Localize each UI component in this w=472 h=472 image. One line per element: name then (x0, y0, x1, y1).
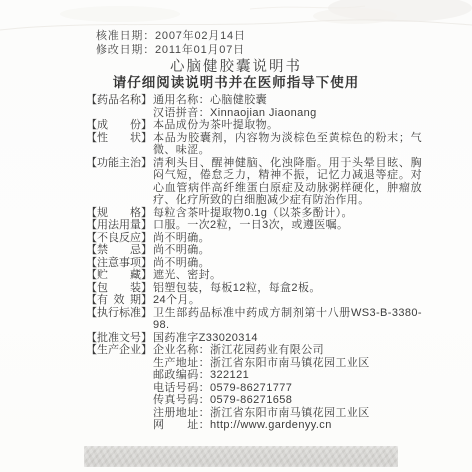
entry-label-text: 禁忌 (97, 244, 141, 257)
postal-code-line: 邮政编码：322121 (153, 369, 422, 382)
entry-label-text: 不良反应 (97, 232, 141, 245)
entry-content: 24个月。 (153, 294, 422, 307)
entry-label: 【贮藏】 (86, 269, 153, 282)
phone-number-line: 电话号码：0579-86271777 (153, 382, 422, 395)
entry-manufacturer: 【生产企业】 企业名称：浙江花园药业有限公司 生产地址：浙江省东阳市南马镇花园工… (86, 344, 422, 432)
photo-shadow-band (84, 446, 398, 467)
right-bracket: 】 (141, 157, 152, 169)
entry-label-text: 注意事项 (97, 257, 141, 270)
entry-contraindications: 【禁忌】 尚不明确。 (86, 244, 422, 257)
entry-standard: 【执行标准】 卫生部药品标准中药成方制剂第十八册WS3-B-3380-98. (86, 307, 422, 332)
left-bracket: 【 (86, 132, 97, 144)
generic-name-line: 通用名称：心脑健胶囊 (153, 94, 422, 107)
paper-background: 核准日期：2007年02月14日 修改日期：2011年01月07日 心脑健胶囊说… (0, 0, 472, 472)
entries-list: 【药品名称】 通用名称：心脑健胶囊 汉语拼音：Xinnaojian Jiaona… (86, 94, 422, 432)
left-bracket: 【 (86, 344, 97, 356)
entry-content: 企业名称：浙江花园药业有限公司 生产地址：浙江省东阳市南马镇花园工业区 邮政编码… (153, 344, 422, 432)
entry-label: 【执行标准】 (86, 307, 153, 332)
entry-label-text: 批准文号 (97, 332, 141, 345)
entry-label-text: 有效期 (97, 294, 141, 307)
right-bracket: 】 (141, 207, 152, 219)
entry-content: 遮光、密封。 (153, 269, 422, 282)
entry-label: 【包装】 (86, 282, 153, 295)
right-bracket: 】 (141, 294, 152, 306)
entry-precautions: 【注意事项】 尚不明确。 (86, 257, 422, 270)
right-bracket: 】 (141, 244, 152, 256)
entry-label: 【生产企业】 (86, 344, 153, 432)
left-bracket: 【 (86, 119, 97, 131)
entry-label-text: 规格 (97, 207, 141, 220)
entry-label: 【用法用量】 (86, 219, 153, 232)
entry-content: 清利头目、醒神健脑、化浊降脂。用于头晕目眩、胸闷气短，倦怠乏力，精神不振，记忆力… (153, 157, 422, 207)
left-bracket: 【 (86, 332, 97, 344)
entry-label-text: 用法用量 (97, 219, 141, 232)
entry-storage: 【贮藏】 遮光、密封。 (86, 269, 422, 282)
entry-label-text: 成份 (97, 119, 141, 132)
entry-specification: 【规格】 每粒含茶叶提取物0.1g（以茶多酚计）。 (86, 207, 422, 220)
entry-usage-dosage: 【用法用量】 口服。一次2粒，一日3次，或遵医嘱。 (86, 219, 422, 232)
fax-number-line: 传真号码：0579-86271658 (153, 394, 422, 407)
entry-content: 卫生部药品标准中药成方制剂第十八册WS3-B-3380-98. (153, 307, 422, 332)
revision-date-line: 修改日期：2011年01月07日 (96, 43, 472, 57)
entry-label: 【注意事项】 (86, 257, 153, 270)
entry-content: 本品为胶囊剂，内容物为淡棕色至黄棕色的粉末；气微、味涩。 (153, 132, 422, 157)
entry-label: 【性状】 (86, 132, 153, 157)
right-bracket: 】 (141, 332, 152, 344)
right-bracket: 】 (141, 257, 152, 269)
entry-approval-number: 【批准文号】 国药准字Z33020314 (86, 332, 422, 345)
entry-label: 【药品名称】 (86, 94, 153, 119)
left-bracket: 【 (86, 257, 97, 269)
left-bracket: 【 (86, 282, 97, 294)
right-bracket: 】 (141, 307, 152, 319)
entry-label: 【规格】 (86, 207, 153, 220)
entry-label-text: 性状 (97, 132, 141, 145)
entry-content: 铝塑包装，每板12粒，每盒2板。 (153, 282, 422, 295)
right-bracket: 】 (141, 94, 152, 106)
production-address-line: 生产地址：浙江省东阳市南马镇花园工业区 (153, 357, 422, 370)
entry-content: 尚不明确。 (153, 232, 422, 245)
entry-label: 【成份】 (86, 119, 153, 132)
entry-label-text: 药品名称 (97, 94, 141, 107)
entry-composition: 【成份】 本品成份为茶叶提取物。 (86, 119, 422, 132)
left-bracket: 【 (86, 244, 97, 256)
left-bracket: 【 (86, 207, 97, 219)
left-bracket: 【 (86, 307, 97, 319)
entry-drug-name: 【药品名称】 通用名称：心脑健胶囊 汉语拼音：Xinnaojian Jiaona… (86, 94, 422, 119)
entry-content: 口服。一次2粒，一日3次，或遵医嘱。 (153, 219, 422, 232)
entry-label-text: 执行标准 (97, 307, 141, 320)
leaflet-title: 心脑健胶囊说明书 (0, 59, 472, 75)
entry-adverse-reactions: 【不良反应】 尚不明确。 (86, 232, 422, 245)
right-bracket: 】 (141, 269, 152, 281)
entry-label-text: 包装 (97, 282, 141, 295)
entry-content: 本品成份为茶叶提取物。 (153, 119, 422, 132)
leaflet-notice: 请仔细阅读说明书并在医师指导下使用 (0, 75, 472, 90)
entry-label: 【禁忌】 (86, 244, 153, 257)
entry-label: 【有效期】 (86, 294, 153, 307)
website-line: 网 址：http://www.gardenyy.cn (153, 419, 422, 432)
entry-functions-indications: 【功能主治】 清利头目、醒神健脑、化浊降脂。用于头晕目眩、胸闷气短，倦怠乏力，精… (86, 157, 422, 207)
pinyin-line: 汉语拼音：Xinnaojian Jiaonang (153, 107, 422, 120)
right-bracket: 】 (141, 344, 152, 356)
right-bracket: 】 (141, 119, 152, 131)
entry-content: 国药准字Z33020314 (153, 332, 422, 345)
leaflet-photo: { "punct": { "lbracket": "【", "rbracket"… (0, 0, 472, 472)
left-bracket: 【 (86, 219, 97, 231)
left-bracket: 【 (86, 269, 97, 281)
right-bracket: 】 (141, 219, 152, 231)
right-bracket: 】 (141, 282, 152, 294)
entry-label-text: 生产企业 (97, 344, 141, 357)
entry-content: 尚不明确。 (153, 257, 422, 270)
left-bracket: 【 (86, 232, 97, 244)
approval-date-line: 核准日期：2007年02月14日 (96, 29, 472, 43)
entry-content: 通用名称：心脑健胶囊 汉语拼音：Xinnaojian Jiaonang (153, 94, 422, 119)
entry-content: 尚不明确。 (153, 244, 422, 257)
left-bracket: 【 (86, 157, 97, 169)
left-bracket: 【 (86, 94, 97, 106)
entry-label-text: 贮藏 (97, 269, 141, 282)
entry-label-text: 功能主治 (97, 157, 141, 170)
entry-label: 【批准文号】 (86, 332, 153, 345)
right-bracket: 】 (141, 132, 152, 144)
entry-packaging: 【包装】 铝塑包装，每板12粒，每盒2板。 (86, 282, 422, 295)
entry-label: 【功能主治】 (86, 157, 153, 207)
registered-address-line: 注册地址：浙江省东阳市南马镇花园工业区 (153, 407, 422, 420)
entry-expiry: 【有效期】 24个月。 (86, 294, 422, 307)
left-bracket: 【 (86, 294, 97, 306)
right-bracket: 】 (141, 232, 152, 244)
date-block: 核准日期：2007年02月14日 修改日期：2011年01月07日 (96, 29, 472, 57)
entry-label: 【不良反应】 (86, 232, 153, 245)
entry-content: 每粒含茶叶提取物0.1g（以茶多酚计）。 (153, 207, 422, 220)
entry-properties: 【性状】 本品为胶囊剂，内容物为淡棕色至黄棕色的粉末；气微、味涩。 (86, 132, 422, 157)
company-name-line: 企业名称：浙江花园药业有限公司 (153, 344, 422, 357)
